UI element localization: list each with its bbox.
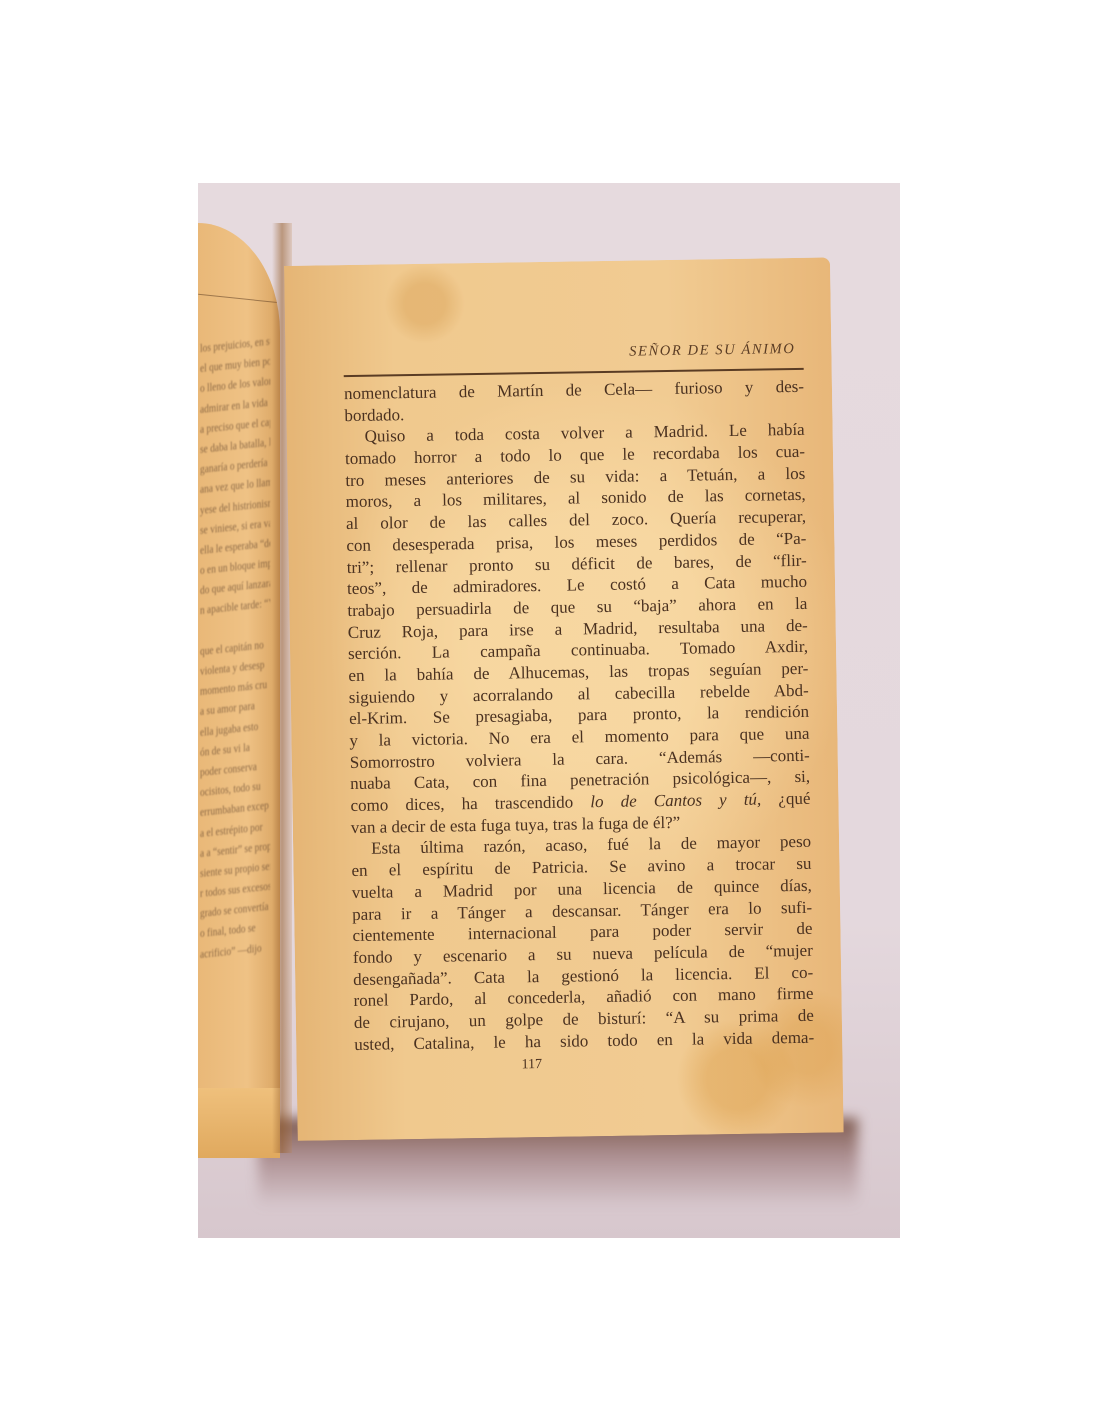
body-text: nomenclatura de Martín de Cela— furioso … [344,376,815,1055]
left-page-header-rule [198,294,280,304]
italic-phrase: lo de Cantos y tú, [590,790,761,812]
right-page: SEÑOR DE SU ÁNIMO nomenclatura de Martín… [284,257,844,1140]
header-rule [344,368,804,377]
running-header: SEÑOR DE SU ÁNIMO [550,341,795,362]
page-number: 117 [521,1057,542,1073]
left-page-edge [198,1088,280,1158]
left-page-text: los prejuicios, en su munel que muy bien… [200,331,270,964]
left-page: los prejuicios, en su munel que muy bien… [198,223,280,1158]
book-photo: los prejuicios, en su munel que muy bien… [198,183,900,1238]
